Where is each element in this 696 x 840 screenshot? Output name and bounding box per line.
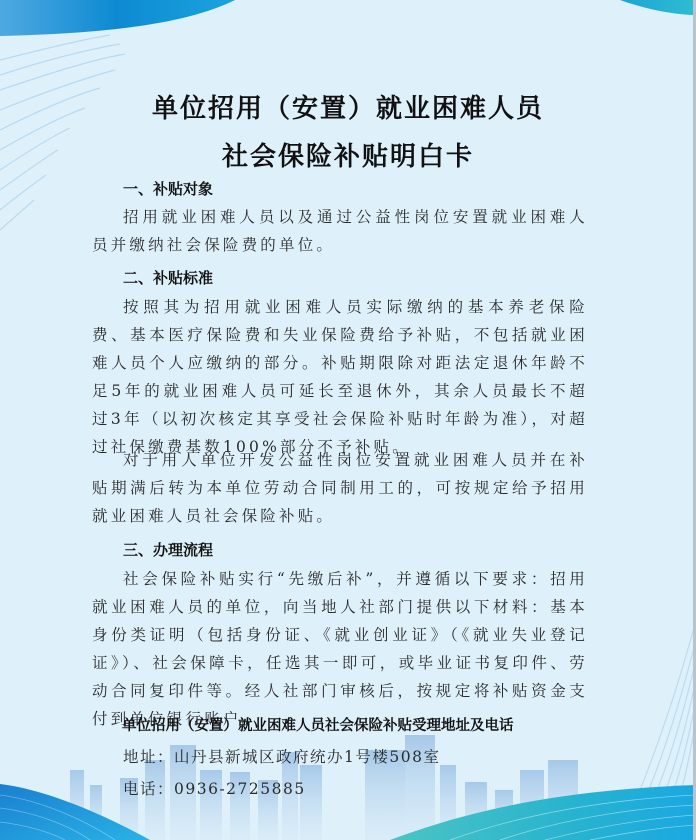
contact-phone: 电话：0936-2725885 (123, 777, 306, 799)
section-heading-subsidy-target: 一、补贴对象 (123, 178, 213, 199)
page-title-line1: 单位招用（安置）就业困难人员 (0, 88, 696, 125)
contact-heading: 单位招用（安置）就业困难人员社会保险补贴受理地址及电话 (122, 714, 514, 735)
section-paragraph: 对于用人单位开发公益性岗位安置就业困难人员并在补贴期满后转为本单位劳动合同制用工… (92, 446, 588, 530)
section-heading-process: 三、办理流程 (123, 539, 213, 560)
info-card: 单位招用（安置）就业困难人员 社会保险补贴明白卡 一、补贴对象 招用就业困难人员… (0, 0, 696, 840)
section-paragraph: 社会保险补贴实行“先缴后补”，并遵循以下要求：招用就业困难人员的单位，向当地人社… (92, 565, 588, 733)
section-paragraph: 按照其为招用就业困难人员实际缴纳的基本养老保险费、基本医疗保险费和失业保险费给予… (92, 293, 588, 461)
section-heading-subsidy-standard: 二、补贴标准 (123, 267, 213, 288)
contact-address: 地址：山丹县新城区政府统办1号楼508室 (123, 745, 440, 767)
section-paragraph: 招用就业困难人员以及通过公益性岗位安置就业困难人员并缴纳社会保险费的单位。 (92, 203, 588, 259)
page-title-line2: 社会保险补贴明白卡 (0, 136, 696, 173)
